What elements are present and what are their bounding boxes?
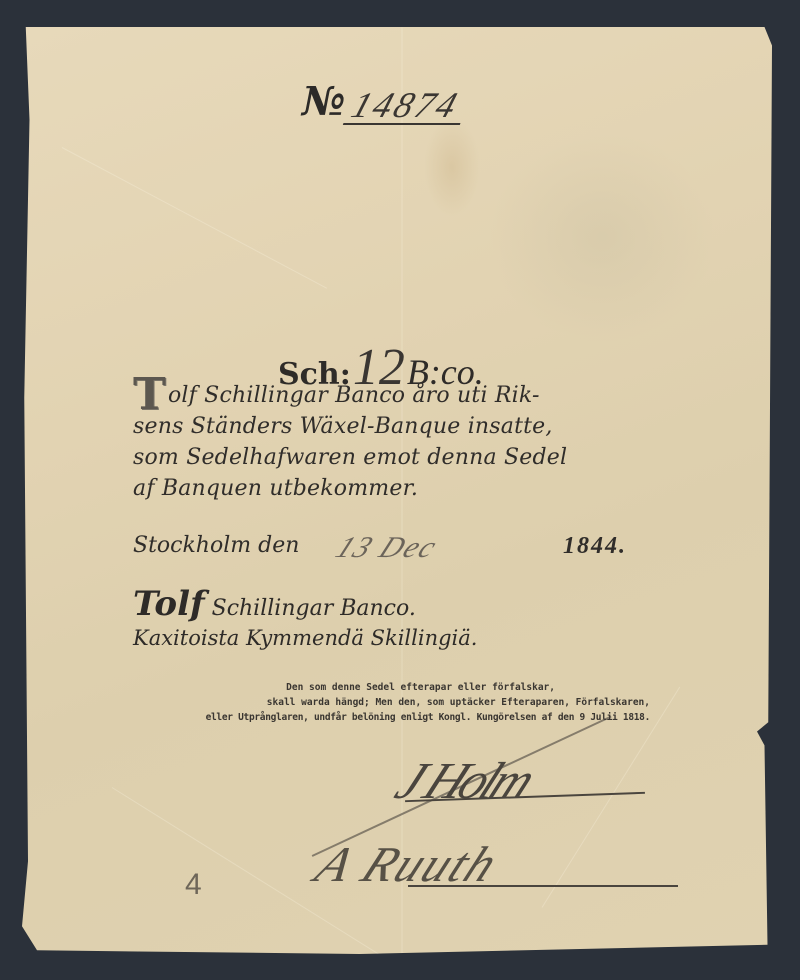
body-line-3: som Sedelhafwaren emot denna Sedel xyxy=(133,442,567,473)
fine-print-line-3: eller Utprånglaren, undfår belöning enli… xyxy=(130,710,650,725)
fine-print-line-2: skall warda hängd; Men den, som uptäcker… xyxy=(130,695,650,710)
handwritten-date: 13 Dec xyxy=(330,531,444,565)
body-line-1: Tolf Schillingar Banco åro uti Rik- xyxy=(133,380,567,411)
drop-cap-ornament: T xyxy=(133,380,166,410)
body-line-2: sens Ständers Wäxel-Banque insatte, xyxy=(133,411,567,442)
numero-sign: № xyxy=(302,78,343,125)
serial-value: 14874 xyxy=(343,87,472,125)
signature-2-line xyxy=(408,885,678,887)
amount-swedish: Tolf Schillingar Banco. xyxy=(133,588,477,625)
issue-year: 1844. xyxy=(563,533,627,560)
body-line-4: af Banquen utbekommer. xyxy=(133,473,567,504)
paper-crease xyxy=(62,147,327,289)
body-line-text: olf Schillingar Banco åro uti Rik- xyxy=(168,383,540,408)
serial-number: № 14874 xyxy=(302,78,466,125)
amount-swedish-big: Tolf xyxy=(133,584,205,624)
issue-place: Stockholm den xyxy=(133,533,299,558)
fine-print-line-1: Den som denne Sedel efterapar eller förf… xyxy=(130,680,650,695)
pencil-mark: 4 xyxy=(185,868,202,902)
body-text: Tolf Schillingar Banco åro uti Rik- sens… xyxy=(133,380,567,504)
counterfeit-warning: Den som denne Sedel efterapar eller förf… xyxy=(130,680,650,725)
signature-1: J Holm xyxy=(386,752,541,811)
amount-in-words: Tolf Schillingar Banco. Kaxitoista Kymme… xyxy=(133,588,477,651)
amount-finnish: Kaxitoista Kymmendä Skillingiä. xyxy=(133,625,477,651)
amount-swedish-rest: Schillingar Banco. xyxy=(212,596,416,621)
